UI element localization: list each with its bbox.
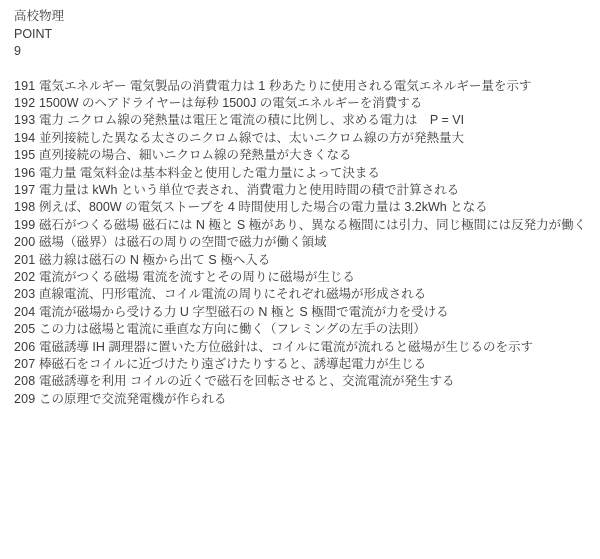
point-text: 棒磁石をコイルに近づけたり遠ざけたりすると、誘導起電力が生じる: [39, 357, 426, 371]
document-page: 高校物理 POINT 9 191 電気エネルギー 電気製品の消費電力は 1 秒あ…: [0, 0, 600, 559]
point-number: 201: [14, 253, 35, 267]
point-line: 207 棒磁石をコイルに近づけたり遠ざけたりすると、誘導起電力が生じる: [14, 356, 590, 373]
point-number: 193: [14, 113, 35, 127]
point-number: 202: [14, 270, 35, 284]
point-text: 電力 ニクロム線の発熱量は電圧と電流の積に比例し、求める電力は P = VI: [39, 113, 464, 127]
point-text: 電力量は kWh という単位で表され、消費電力と使用時間の積で計算される: [39, 183, 459, 197]
point-number: 195: [14, 148, 35, 162]
point-number: 198: [14, 200, 35, 214]
point-line: 197 電力量は kWh という単位で表され、消費電力と使用時間の積で計算される: [14, 182, 590, 199]
point-text: 電流がつくる磁場 電流を流すとその周りに磁場が生じる: [39, 270, 355, 284]
point-line: 196 電力量 電気料金は基本料金と使用した電力量によって決まる: [14, 165, 590, 182]
point-text: 電流が磁場から受ける力 U 字型磁石の N 極と S 極間で電流が力を受ける: [39, 305, 449, 319]
point-line: 209 この原理で交流発電機が作られる: [14, 391, 590, 408]
document-header: 高校物理 POINT 9: [14, 8, 590, 61]
point-number: 207: [14, 357, 35, 371]
point-line: 194 並列接続した異なる太さのニクロム線では、太いニクロム線の方が発熱量大: [14, 130, 590, 147]
point-text: 電磁誘導 IH 調理器に置いた方位磁針は、コイルに電流が流れると磁場が生じるのを…: [39, 340, 533, 354]
point-list: 191 電気エネルギー 電気製品の消費電力は 1 秒あたりに使用される電気エネル…: [14, 78, 590, 409]
point-number: 209: [14, 392, 35, 406]
point-line: 203 直線電流、円形電流、コイル電流の周りにそれぞれ磁場が形成される: [14, 286, 590, 303]
point-text: 1500W のヘアドライヤーは毎秒 1500J の電気エネルギーを消費する: [39, 96, 422, 110]
point-text: 磁力線は磁石の N 極から出て S 極へ入る: [39, 253, 270, 267]
point-number: 208: [14, 374, 35, 388]
point-number: 206: [14, 340, 35, 354]
point-line: 206 電磁誘導 IH 調理器に置いた方位磁針は、コイルに電流が流れると磁場が生…: [14, 339, 590, 356]
point-line: 193 電力 ニクロム線の発熱量は電圧と電流の積に比例し、求める電力は P = …: [14, 112, 590, 129]
point-line: 191 電気エネルギー 電気製品の消費電力は 1 秒あたりに使用される電気エネル…: [14, 78, 590, 95]
point-line: 198 例えば、800W の電気ストーブを 4 時間使用した場合の電力量は 3.…: [14, 199, 590, 216]
point-line: 192 1500W のヘアドライヤーは毎秒 1500J の電気エネルギーを消費す…: [14, 95, 590, 112]
point-number: 197: [14, 183, 35, 197]
point-text: 電磁誘導を利用 コイルの近くで磁石を回転させると、交流電流が発生する: [39, 374, 455, 388]
point-line: 205 この力は磁場と電流に垂直な方向に働く（フレミングの左手の法則）: [14, 321, 590, 338]
point-text: 例えば、800W の電気ストーブを 4 時間使用した場合の電力量は 3.2kWh…: [39, 200, 488, 214]
point-number: 203: [14, 287, 35, 301]
course-title: 高校物理: [14, 8, 590, 26]
point-line: 195 直列接続の場合、細いニクロム線の発熱量が大きくなる: [14, 147, 590, 164]
point-text: この原理で交流発電機が作られる: [39, 392, 227, 406]
point-number: 191: [14, 79, 35, 93]
point-text: 並列接続した異なる太さのニクロム線では、太いニクロム線の方が発熱量大: [39, 131, 464, 145]
section-number: 9: [14, 43, 590, 61]
point-text: 磁場（磁界）は磁石の周りの空間で磁力が働く領域: [39, 235, 327, 249]
section-label: POINT: [14, 26, 590, 44]
point-number: 199: [14, 218, 35, 232]
point-number: 192: [14, 96, 35, 110]
point-text: 直列接続の場合、細いニクロム線の発熱量が大きくなる: [39, 148, 352, 162]
point-text: 磁石がつくる磁場 磁石には N 極と S 極があり、異なる極間には引力、同じ極間…: [39, 218, 586, 232]
point-number: 194: [14, 131, 35, 145]
point-line: 204 電流が磁場から受ける力 U 字型磁石の N 極と S 極間で電流が力を受…: [14, 304, 590, 321]
point-line: 208 電磁誘導を利用 コイルの近くで磁石を回転させると、交流電流が発生する: [14, 373, 590, 390]
point-text: 直線電流、円形電流、コイル電流の周りにそれぞれ磁場が形成される: [39, 287, 426, 301]
point-number: 196: [14, 166, 35, 180]
point-line: 199 磁石がつくる磁場 磁石には N 極と S 極があり、異なる極間には引力、…: [14, 217, 590, 234]
point-line: 202 電流がつくる磁場 電流を流すとその周りに磁場が生じる: [14, 269, 590, 286]
point-text: 電力量 電気料金は基本料金と使用した電力量によって決まる: [39, 166, 380, 180]
point-number: 200: [14, 235, 35, 249]
point-line: 200 磁場（磁界）は磁石の周りの空間で磁力が働く領域: [14, 234, 590, 251]
point-text: この力は磁場と電流に垂直な方向に働く（フレミングの左手の法則）: [39, 322, 426, 336]
point-text: 電気エネルギー 電気製品の消費電力は 1 秒あたりに使用される電気エネルギー量を…: [39, 79, 531, 93]
point-number: 204: [14, 305, 35, 319]
point-number: 205: [14, 322, 35, 336]
point-line: 201 磁力線は磁石の N 極から出て S 極へ入る: [14, 252, 590, 269]
